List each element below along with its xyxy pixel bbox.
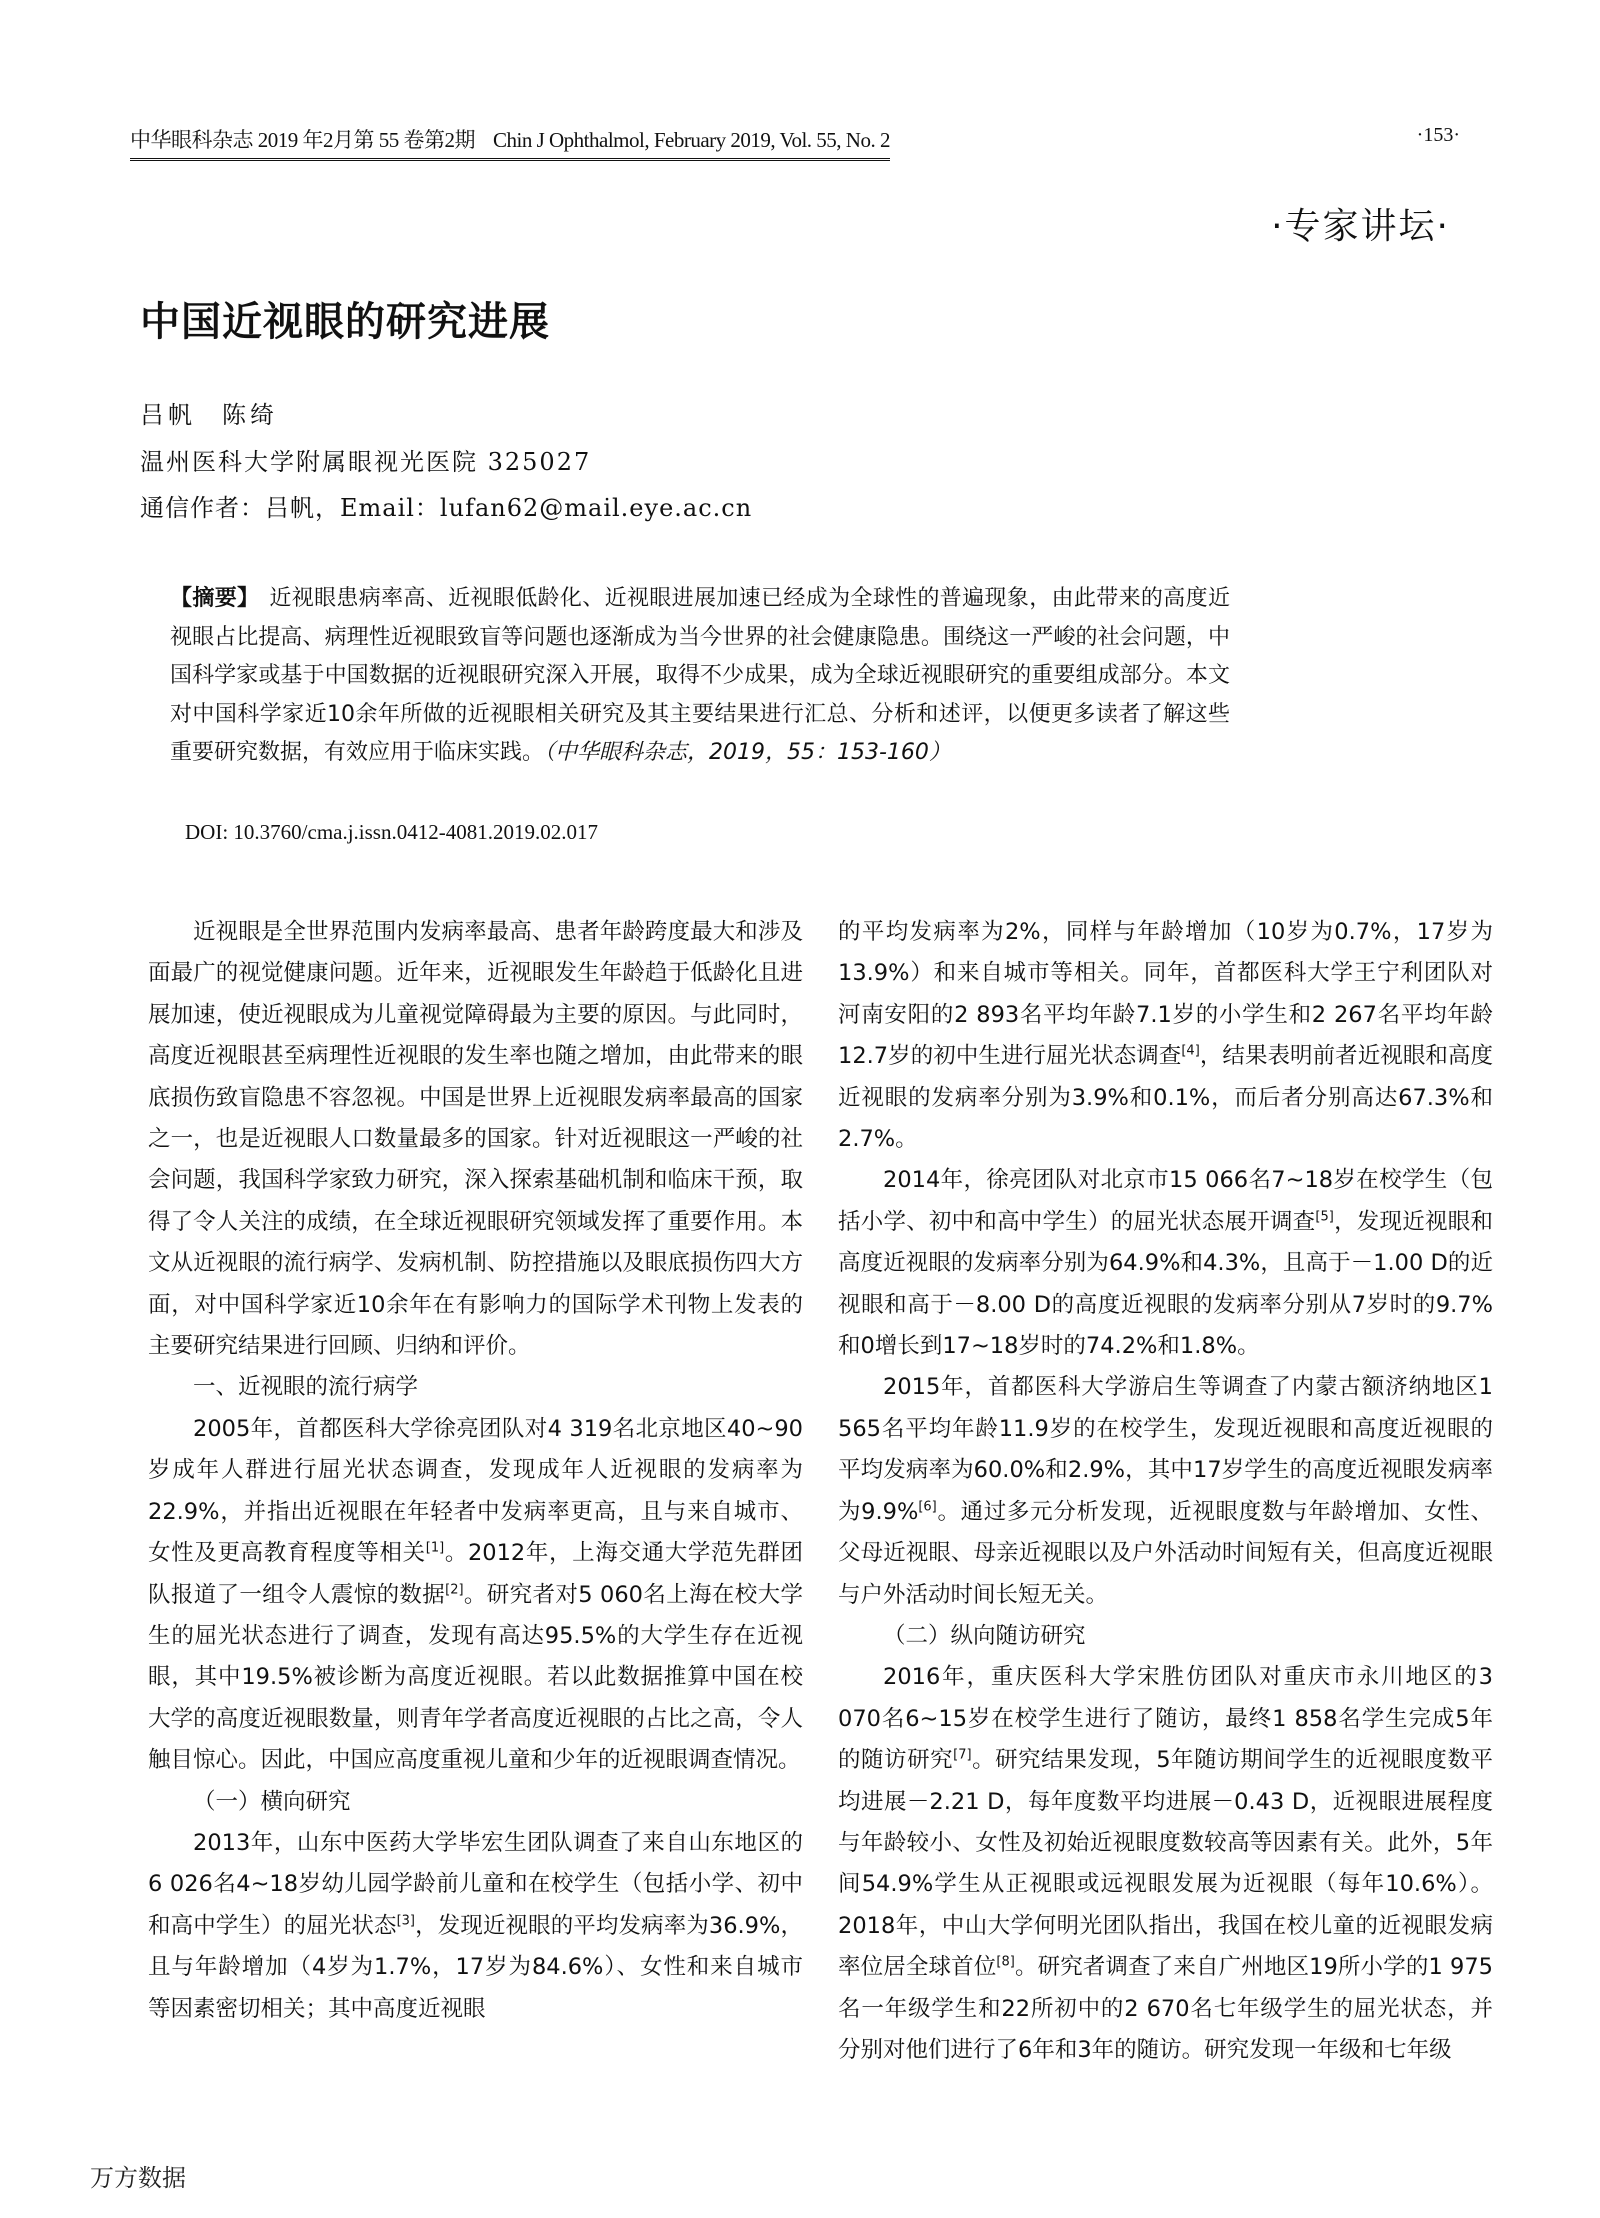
paper-title: 中国近视眼的研究进展: [140, 290, 550, 347]
paragraph: 近视眼是全世界范围内发病率最高、患者年龄跨度最大和涉及面最广的视觉健康问题。近年…: [148, 912, 803, 1367]
author: 陈绮: [222, 401, 278, 429]
reference-link[interactable]: [4]: [1181, 1044, 1199, 1059]
author: 吕帆: [140, 401, 196, 429]
section-heading: 一、近视眼的流行病学: [148, 1367, 803, 1408]
body-column-right: 的平均发病率为2%，同样与年龄增加（10岁为0.7%，17岁为13.9%）和来自…: [838, 912, 1493, 2071]
body-column-left: 近视眼是全世界范围内发病率最高、患者年龄跨度最大和涉及面最广的视觉健康问题。近年…: [148, 912, 803, 2030]
subsection-heading: （一）横向研究: [148, 1782, 803, 1823]
journal-citation-line: 中华眼科杂志 2019 年2月第 55 卷第2期Chin J Ophthalmo…: [130, 124, 890, 161]
reference-link[interactable]: [8]: [996, 1955, 1014, 1970]
reference-link[interactable]: [3]: [397, 1913, 415, 1928]
paragraph: 2014年，徐亮团队对北京市15 066名7~18岁在校学生（包括小学、初中和高…: [838, 1160, 1493, 1367]
paragraph: 2005年，首都医科大学徐亮团队对4 319名北京地区40~90岁成年人群进行屈…: [148, 1409, 803, 1782]
text: 。研究者对5 060名上海在校大学生的屈光状态进行了调查，发现有高达95.5%的…: [148, 1582, 803, 1774]
footer-watermark: 万方数据: [90, 2158, 186, 2193]
doi: DOI: 10.3760/cma.j.issn.0412-4081.2019.0…: [185, 820, 598, 845]
reference-link[interactable]: [7]: [953, 1748, 971, 1763]
abstract-citation: （中华眼科杂志，2019，55：153-160）: [544, 740, 951, 765]
paragraph: 2013年，山东中医药大学毕宏生团队调查了来自山东地区的6 026名4~18岁幼…: [148, 1823, 803, 2030]
paragraph: 2015年，首都医科大学游启生等调查了内蒙古额济纳地区1 565名平均年龄11.…: [838, 1367, 1493, 1615]
page-number: ·153·: [1417, 124, 1460, 147]
abstract-text: 近视眼患病率高、近视眼低龄化、近视眼进展加速已经成为全球性的普遍现象，由此带来的…: [170, 586, 1230, 765]
journal-name-en: Chin J Ophthalmol, February 2019, Vol. 5…: [493, 128, 890, 152]
corresponding-author: 通信作者：吕帆，Email：lufan62@mail.eye.ac.cn: [140, 488, 752, 523]
reference-link[interactable]: [1]: [426, 1541, 444, 1556]
paragraph: 的平均发病率为2%，同样与年龄增加（10岁为0.7%，17岁为13.9%）和来自…: [838, 912, 1493, 1160]
text: 。通过多元分析发现，近视眼度数与年龄增加、女性、父母近视眼、母亲近视眼以及户外活…: [838, 1499, 1493, 1608]
paragraph: 2016年，重庆医科大学宋胜仿团队对重庆市永川地区的3 070名6~15岁在校学…: [838, 1657, 1493, 2071]
text: 。研究结果发现，5年随访期间学生的近视眼度数平均进展－2.21 D，每年度数平均…: [838, 1747, 1493, 1980]
affiliation: 温州医科大学附属眼视光医院 325027: [140, 442, 591, 477]
abstract: 【摘要】近视眼患病率高、近视眼低龄化、近视眼进展加速已经成为全球性的普遍现象，由…: [170, 580, 1230, 773]
abstract-label: 【摘要】: [170, 586, 259, 611]
column-tag: ·专家讲坛·: [1271, 198, 1450, 249]
running-header: 中华眼科杂志 2019 年2月第 55 卷第2期Chin J Ophthalmo…: [130, 124, 1490, 164]
subsection-heading: （二）纵向随访研究: [838, 1616, 1493, 1657]
reference-link[interactable]: [2]: [445, 1582, 463, 1597]
reference-link[interactable]: [6]: [918, 1499, 936, 1514]
journal-name-cn: 中华眼科杂志 2019 年2月第 55 卷第2期: [130, 128, 475, 152]
author-list: 吕帆陈绮: [140, 395, 278, 430]
reference-link[interactable]: [5]: [1315, 1209, 1333, 1224]
